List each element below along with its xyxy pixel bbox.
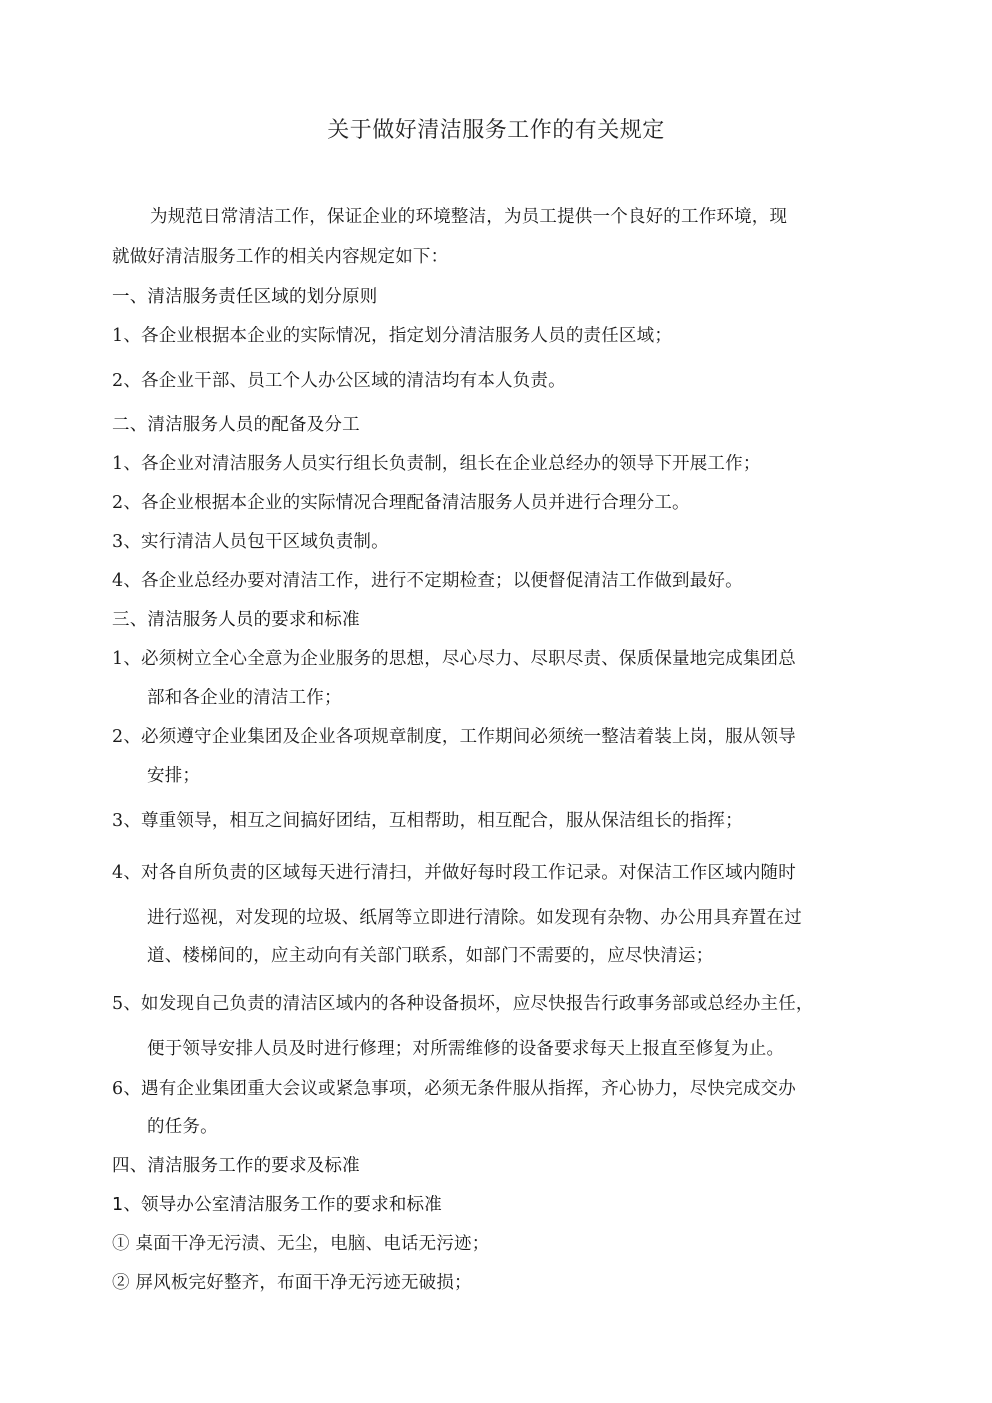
section-3-item-5-line-2: 便于领导安排人员及时进行修理；对所需维修的设备要求每天上报直至修复为止。: [147, 1035, 784, 1060]
section-3-item-4-line-3: 道、楼梯间的，应主动向有关部门联系，如部门不需要的，应尽快清运；: [147, 942, 713, 967]
section-4-item-1: ① 桌面干净无污渍、无尘，电脑、电话无污迹；: [112, 1230, 489, 1255]
section-3-item-1-line-2: 部和各企业的清洁工作；: [147, 684, 342, 709]
section-3-item-4-line-1: 4、对各自所负责的区域每天进行清扫，并做好每时段工作记录。对保洁工作区域内随时: [112, 859, 796, 884]
section-3-item-1-line-1: 1、必须树立全心全意为企业服务的思想，尽心尽力、尽职尽责、保质保量地完成集团总: [112, 645, 796, 670]
intro-line-2: 就做好清洁服务工作的相关内容规定如下：: [112, 243, 448, 268]
section-2-heading: 二、清洁服务人员的配备及分工: [112, 411, 360, 436]
section-3-item-5-line-1: 5、如发现自己负责的清洁区域内的各种设备损坏，应尽快报告行政事务部或总经办主任，: [112, 990, 814, 1015]
section-2-item-3: 3、实行清洁人员包干区域负责制。: [112, 528, 389, 553]
section-3-heading: 三、清洁服务人员的要求和标准: [112, 606, 360, 631]
document-title: 关于做好清洁服务工作的有关规定: [0, 113, 992, 144]
section-3-item-2-line-1: 2、必须遵守企业集团及企业各项规章制度，工作期间必须统一整洁着装上岗，服从领导: [112, 723, 796, 748]
section-3-item-6-line-1: 6、遇有企业集团重大会议或紧急事项，必须无条件服从指挥，齐心协力，尽快完成交办: [112, 1075, 796, 1100]
section-4-subheading: 1、领导办公室清洁服务工作的要求和标准: [112, 1191, 442, 1216]
section-2-item-2: 2、各企业根据本企业的实际情况合理配备清洁服务人员并进行合理分工。: [112, 489, 690, 514]
section-1-heading: 一、清洁服务责任区域的划分原则: [112, 283, 378, 308]
section-3-item-3: 3、尊重领导，相互之间搞好团结，互相帮助，相互配合，服从保洁组长的指挥；: [112, 807, 743, 832]
section-3-item-4-line-2: 进行巡视，对发现的垃圾、纸屑等立即进行清除。如发现有杂物、办公用具弃置在过: [147, 904, 802, 929]
section-2-item-4: 4、各企业总经办要对清洁工作，进行不定期检查；以便督促清洁工作做到最好。: [112, 567, 743, 592]
section-3-item-2-line-2: 安排；: [147, 762, 200, 787]
section-2-item-1: 1、各企业对清洁服务人员实行组长负责制，组长在企业总经办的领导下开展工作；: [112, 450, 761, 475]
section-4-heading: 四、清洁服务工作的要求及标准: [112, 1152, 360, 1177]
section-1-item-1: 1、各企业根据本企业的实际情况，指定划分清洁服务人员的责任区域；: [112, 322, 672, 347]
section-1-item-2: 2、各企业干部、员工个人办公区域的清洁均有本人负责。: [112, 367, 566, 392]
section-3-item-6-line-2: 的任务。: [147, 1113, 218, 1138]
section-4-item-2: ② 屏风板完好整齐，布面干净无污迹无破损；: [112, 1269, 472, 1294]
intro-line-1: 为规范日常清洁工作，保证企业的环境整洁，为员工提供一个良好的工作环境，现: [150, 203, 787, 228]
